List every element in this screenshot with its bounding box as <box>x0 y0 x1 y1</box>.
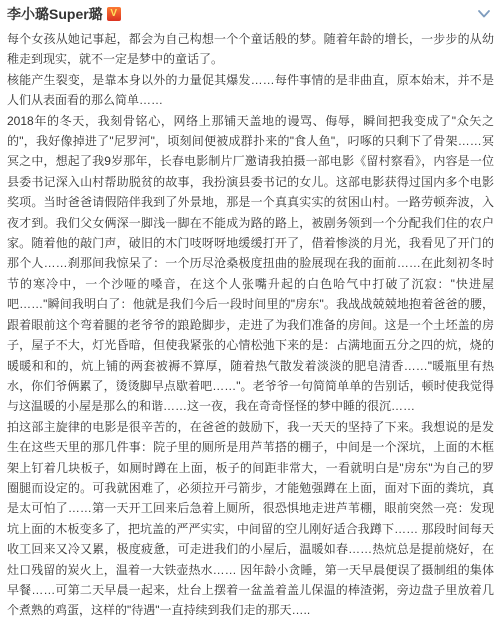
paragraph-4: 拍这部主旋律的电影是很辛苦的，在爸爸的鼓励下，我一天天的坚持了下来。我想说的是发… <box>7 417 494 620</box>
chevron-down-icon[interactable] <box>474 7 494 21</box>
verified-v-badge-icon: V <box>107 7 121 21</box>
username-link[interactable]: 李小璐Super璐 <box>7 4 103 24</box>
paragraph-1: 每个女孩从她记事起，都会为自己构想一个个童话般的梦。随着年龄的增长，一步步的从幼… <box>7 29 494 70</box>
post-text: 每个女孩从她记事起，都会为自己构想一个个童话般的梦。随着年龄的增长，一步步的从幼… <box>7 29 494 620</box>
weibo-post: 李小璐Super璐 V 每个女孩从她记事起，都会为自己构想一个个童话般的梦。随着… <box>0 0 500 620</box>
post-header: 李小璐Super璐 V <box>7 3 494 25</box>
paragraph-3: 2018年的冬天，我刻骨铭心，网络上那铺天盖地的谩骂、侮辱，瞬间把我变成了"众矢… <box>7 111 494 417</box>
paragraph-2: 核能产生裂变，是靠本身以外的力量促其爆发……每件事情的是非曲直，原本始末，并不是… <box>7 70 494 111</box>
